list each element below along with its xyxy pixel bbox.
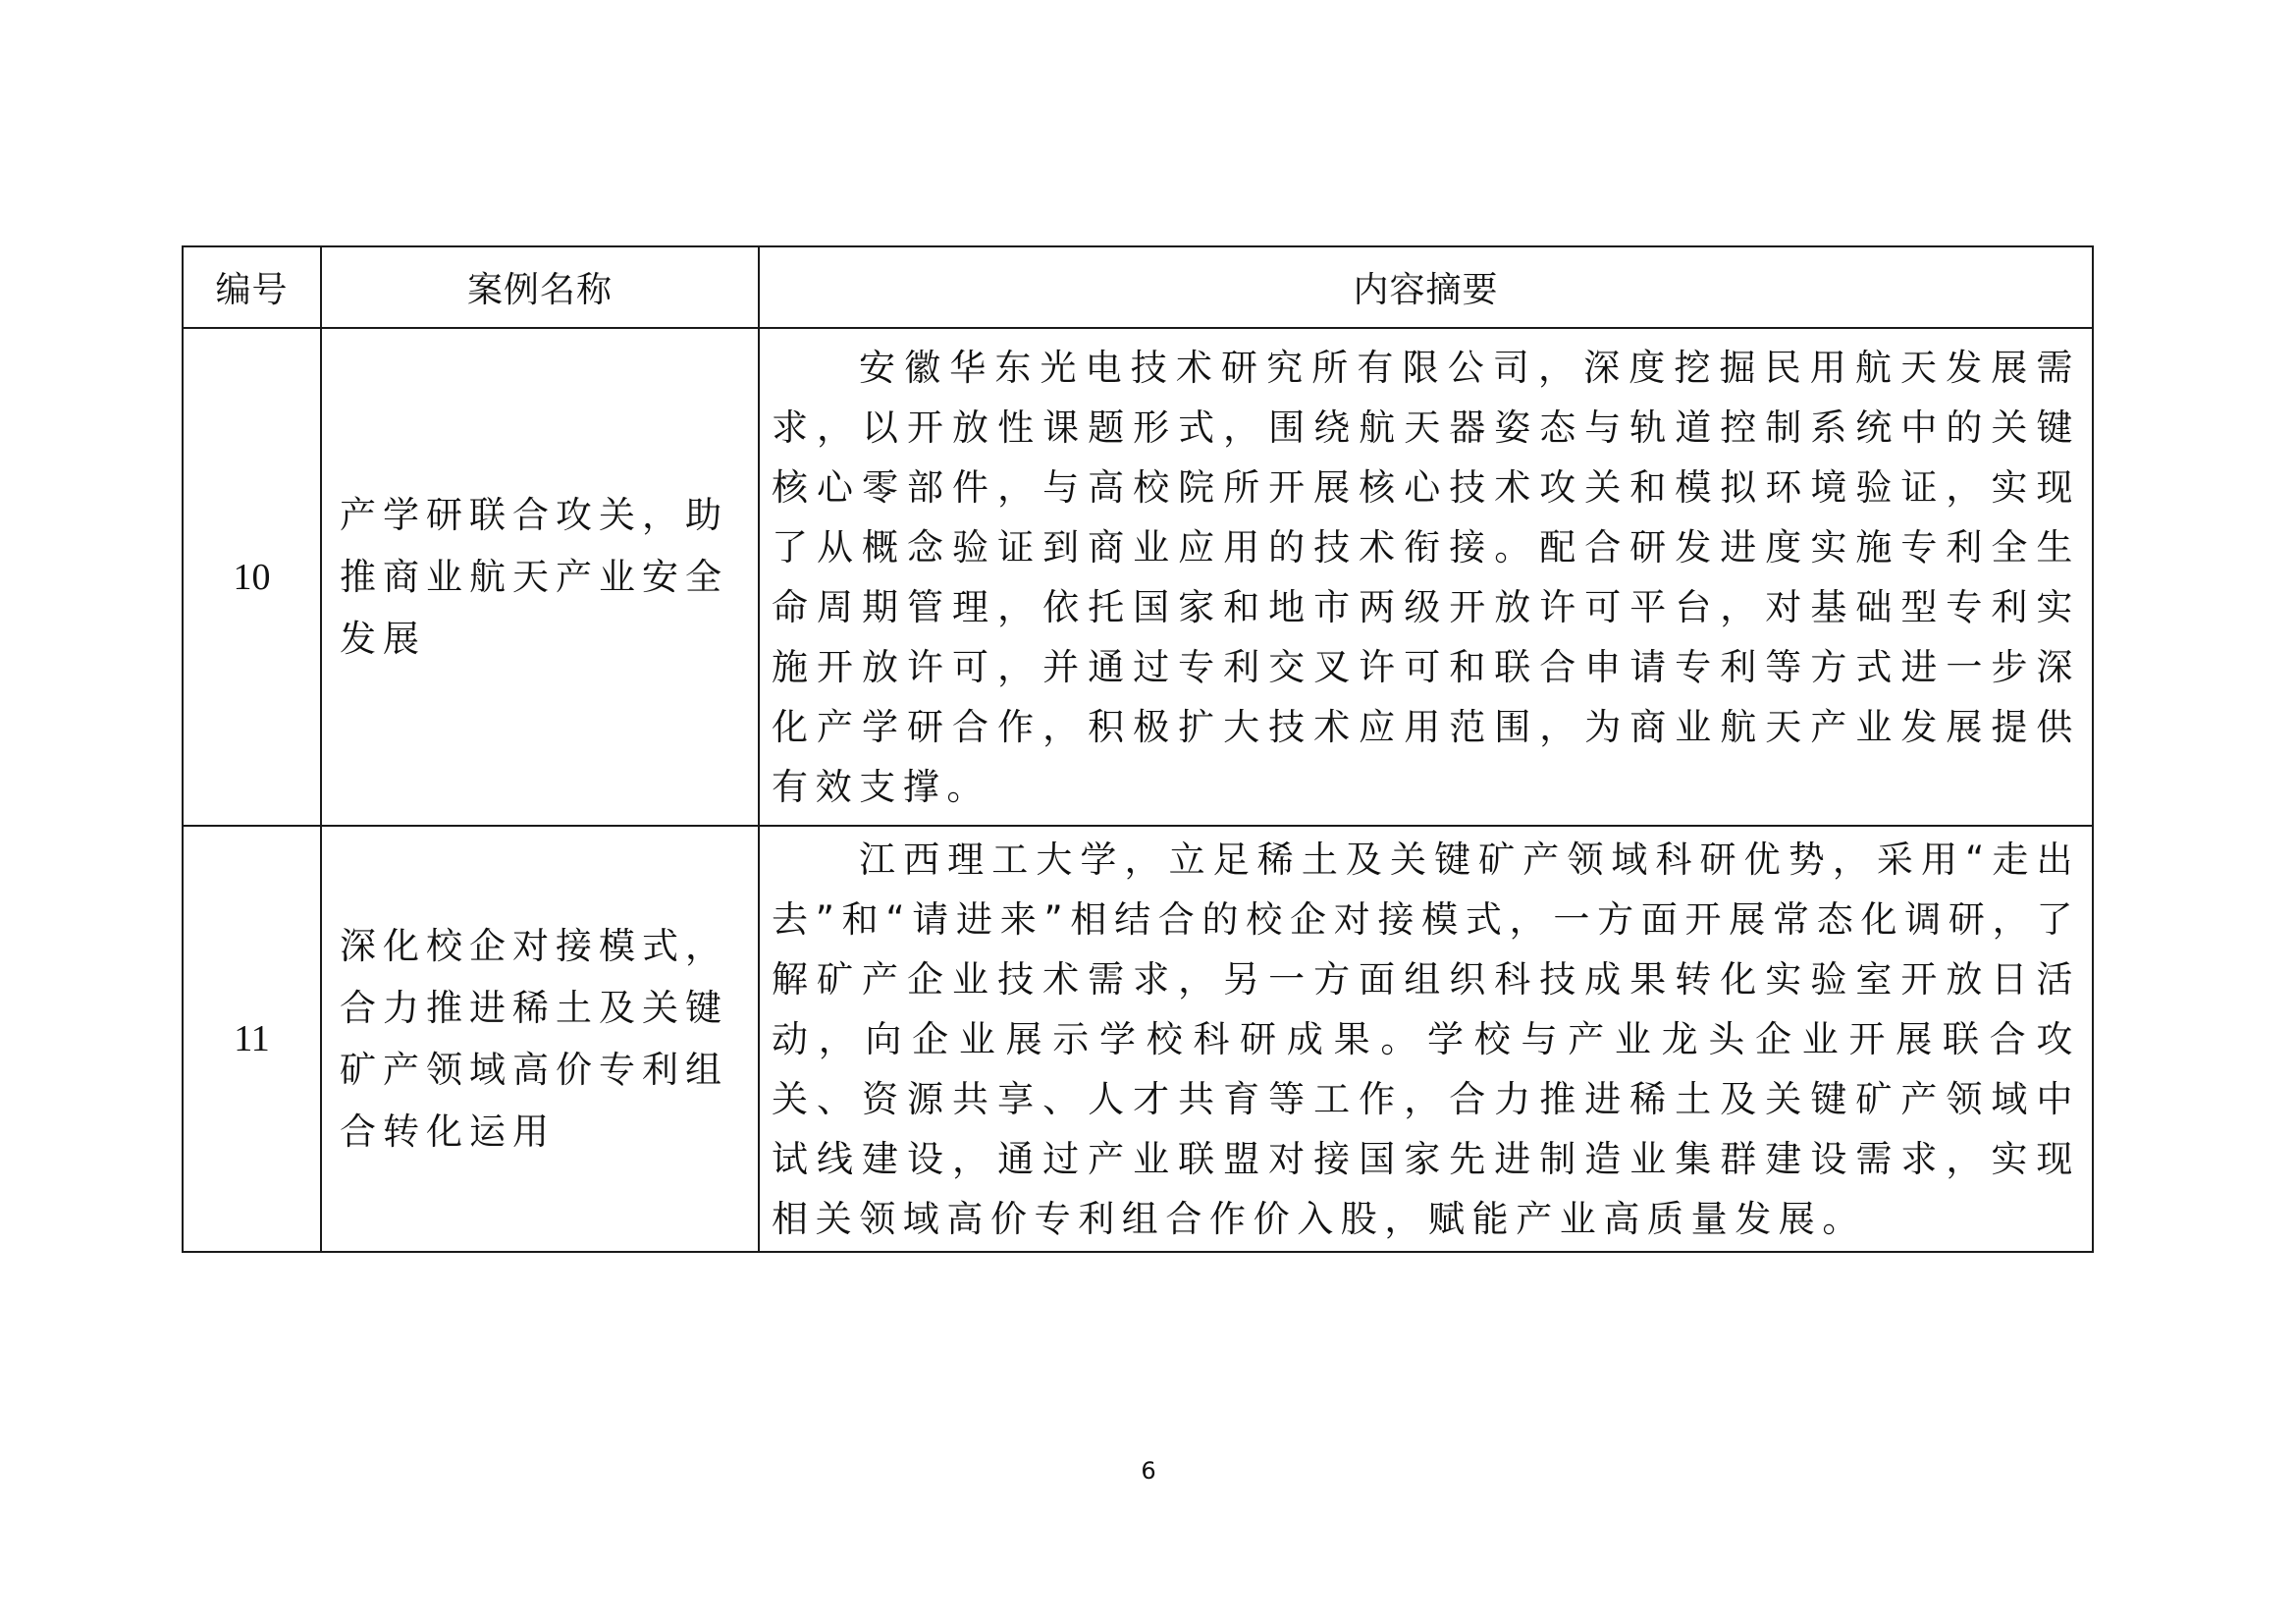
case-summary-cell: 江西理工大学，立足稀土及关键矿产领域科研优势，采用“走出去”和“请进来”相结合的… [759,826,2093,1252]
page-number: 6 [1129,1457,1168,1485]
table-row: 10 产学研联合攻关，助推商业航天产业安全发展 安徽华东光电技术研究所有限公司，… [183,328,2093,826]
case-name-cell: 产学研联合攻关，助推商业航天产业安全发展 [321,328,759,826]
case-number: 11 [183,826,321,1252]
case-number: 10 [183,328,321,826]
case-name: 产学研联合攻关，助推商业航天产业安全发展 [340,484,744,670]
header-case-name: 案例名称 [321,246,759,328]
case-summary: 安徽华东光电技术研究所有限公司，深度挖掘民用航天发展需求，以开放性课题形式，围绕… [772,338,2080,817]
case-table: 编号 案例名称 内容摘要 10 产学研联合攻关，助推商业航天产业安全发展 安徽华… [182,245,2094,1253]
case-summary-cell: 安徽华东光电技术研究所有限公司，深度挖掘民用航天发展需求，以开放性课题形式，围绕… [759,328,2093,826]
header-number: 编号 [183,246,321,328]
header-summary: 内容摘要 [759,246,2093,328]
table-row: 11 深化校企对接模式，合力推进稀土及关键矿产领域高价专利组合转化运用 江西理工… [183,826,2093,1252]
table-header-row: 编号 案例名称 内容摘要 [183,246,2093,328]
case-summary: 江西理工大学，立足稀土及关键矿产领域科研优势，采用“走出去”和“请进来”相结合的… [772,830,2080,1249]
document-page: 编号 案例名称 内容摘要 10 产学研联合攻关，助推商业航天产业安全发展 安徽华… [0,0,2296,1624]
case-name-cell: 深化校企对接模式，合力推进稀土及关键矿产领域高价专利组合转化运用 [321,826,759,1252]
case-name: 深化校企对接模式，合力推进稀土及关键矿产领域高价专利组合转化运用 [340,915,744,1163]
